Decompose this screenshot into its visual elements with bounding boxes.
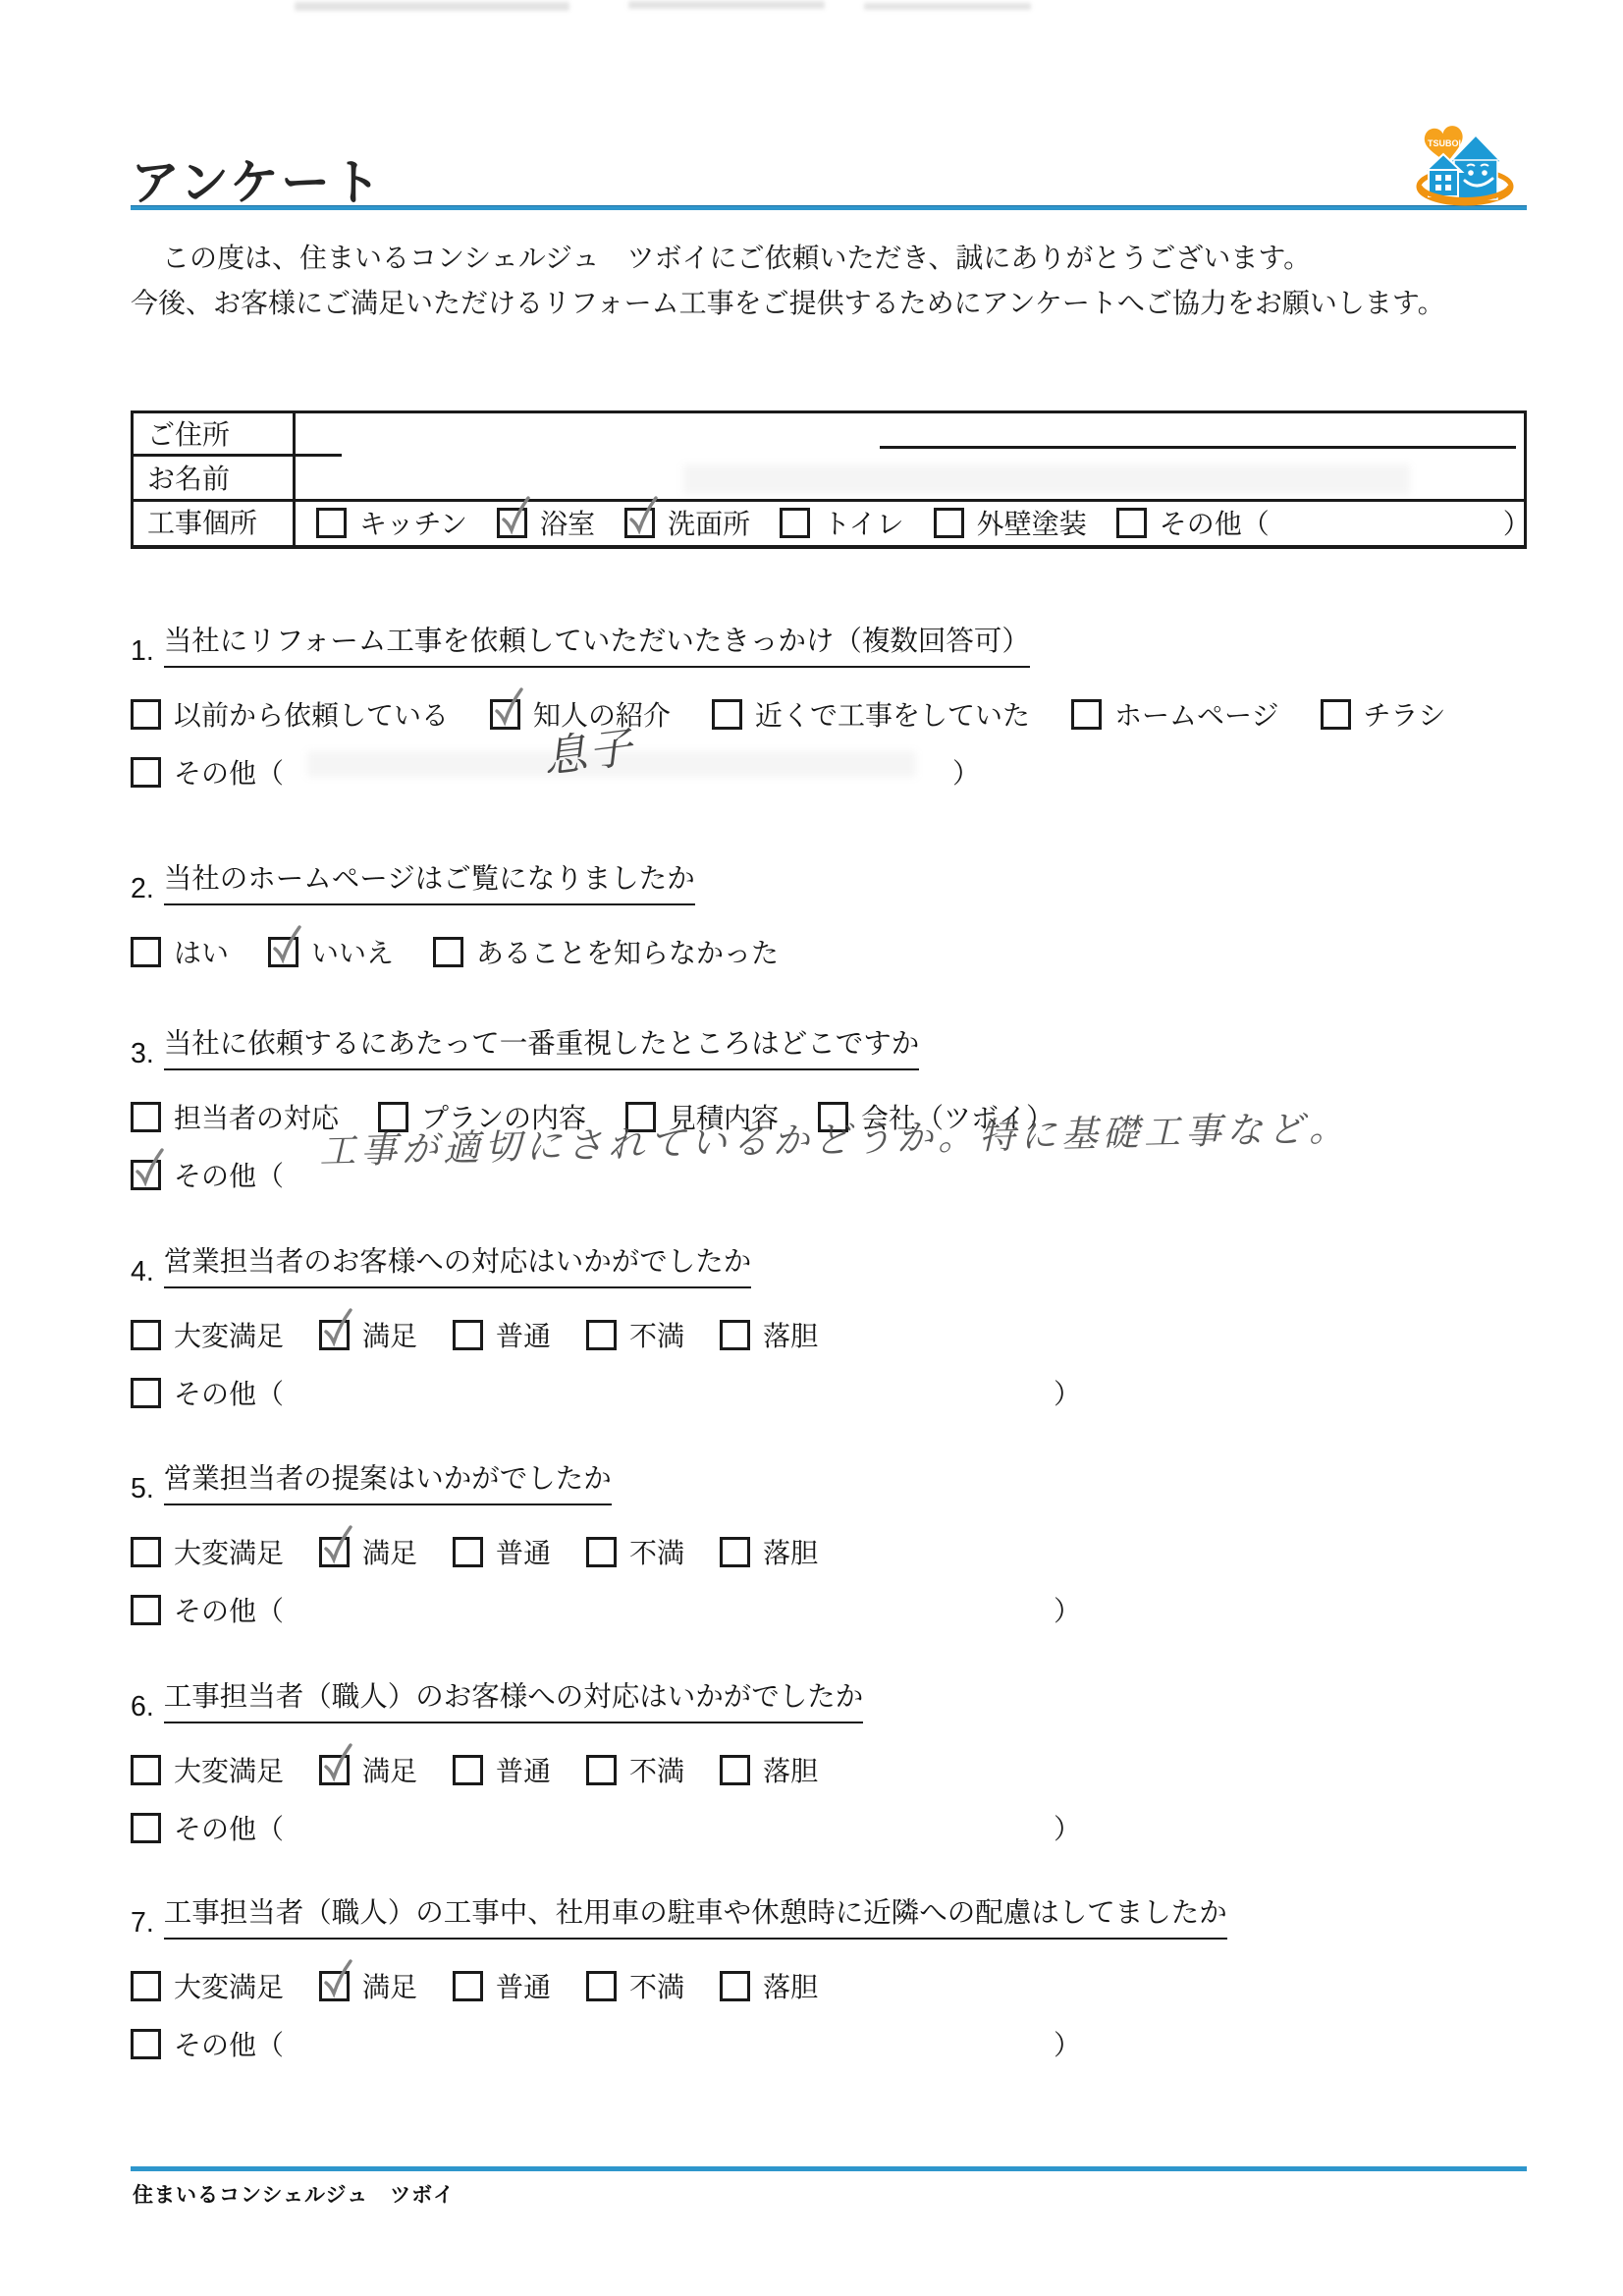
address-row-label: ご住所 <box>147 415 230 455</box>
checkbox-option[interactable]: いいえ <box>268 932 394 971</box>
question-number: 7. <box>131 1907 154 1940</box>
option-label: 大変満足 <box>174 1315 284 1354</box>
option-label: 近くで工事をしていた <box>755 694 1030 734</box>
worksite-row-label: 工事個所 <box>147 504 257 543</box>
question-6: 6. 工事担当者（職人）のお客様への対応はいかがでしたか 大変満足 満足 普通 … <box>131 1674 1544 1847</box>
check-mark-icon <box>499 493 531 538</box>
checkbox-option[interactable]: 落胆 <box>720 1966 818 2005</box>
checkbox[interactable] <box>131 1537 161 1567</box>
checkbox-option[interactable]: はい <box>131 932 229 971</box>
scan-smudge <box>295 2 569 11</box>
checkbox-option[interactable]: 不満 <box>586 1966 684 2005</box>
blank-space <box>297 1828 1041 1829</box>
checkbox[interactable] <box>453 1537 483 1567</box>
table-row-divider <box>880 446 1516 449</box>
option-label: チラシ <box>1364 694 1446 734</box>
question-3: 3. 当社に依頼するにあたって一番重視したところはどこですか 担当者の対応 プラ… <box>131 1021 1544 1194</box>
checkbox-option[interactable]: ホームページ <box>1071 694 1278 734</box>
checkbox-option[interactable]: チラシ <box>1321 694 1446 734</box>
option-label: 以前から依頼している <box>174 694 449 734</box>
footer-divider <box>131 2166 1527 2171</box>
checkbox-option[interactable]: 満足 <box>319 1532 417 1571</box>
checkbox[interactable] <box>712 699 742 730</box>
checkbox[interactable] <box>131 1102 161 1132</box>
checkbox-option[interactable]: 普通 <box>453 1750 551 1789</box>
option-label: 普通 <box>496 1750 551 1789</box>
checkbox-option-other[interactable]: その他（ <box>131 1155 284 1194</box>
option-label: 浴室 <box>540 503 595 542</box>
check-mark-icon <box>321 1522 353 1567</box>
survey-page: { "header": { "title": "アンケート", "intro1"… <box>0 0 1623 2296</box>
paren-close: ） <box>1054 1590 1081 1629</box>
intro-line-1: この度は、住まいるコンシェルジュ ツボイにご依頼いただき、誠にありがとうございま… <box>131 236 1544 281</box>
option-label: はい <box>174 932 229 971</box>
checkbox-option[interactable]: 大変満足 <box>131 1750 284 1789</box>
question-1: 1. 当社にリフォーム工事を依頼していただいたきっかけ（複数回答可） 以前から依… <box>131 619 1544 792</box>
checkbox[interactable] <box>319 1537 350 1567</box>
blank-space <box>297 1610 1041 1611</box>
checkbox-option-other[interactable]: その他（ ） <box>1116 503 1531 542</box>
question-2: 2. 当社のホームページはご覧になりましたか はい いいえ あることを知らなかっ… <box>131 856 1544 971</box>
option-label: 満足 <box>362 1966 417 2005</box>
option-label: 大変満足 <box>174 1750 284 1789</box>
checkbox[interactable] <box>268 937 298 967</box>
question-number: 2. <box>131 873 154 905</box>
option-label: 普通 <box>496 1315 551 1354</box>
check-mark-icon <box>492 684 524 730</box>
checkbox-option[interactable]: 落胆 <box>720 1532 818 1571</box>
checkbox[interactable] <box>490 699 520 730</box>
checkbox-option[interactable]: キッチン <box>316 503 467 542</box>
option-label: 満足 <box>362 1750 417 1789</box>
option-label: その他（ <box>174 1590 284 1629</box>
worksite-options-row: キッチン 浴室 洗面所 トイレ 外壁塗装 その他（ ） <box>316 502 1531 543</box>
question-title: 工事担当者（職人）の工事中、社用車の駐車や休憩時に近隣への配慮はしてましたか <box>164 1890 1227 1940</box>
checkbox-option-other[interactable]: その他（ ） <box>131 1808 1081 1847</box>
option-label: 満足 <box>362 1315 417 1354</box>
question-title: 工事担当者（職人）のお客様への対応はいかがでしたか <box>164 1674 864 1723</box>
table-column-divider <box>293 413 296 545</box>
other-row: その他（ ） <box>131 1590 1544 1629</box>
checkbox[interactable] <box>720 1537 750 1567</box>
option-label: 落胆 <box>763 1532 818 1571</box>
checkbox[interactable] <box>131 1378 161 1408</box>
customer-info-table: ご住所 お名前 工事個所 キッチン 浴室 洗面所 トイレ 外壁塗装 その他（ ） <box>131 410 1527 549</box>
options-row: 大変満足 満足 普通 不満 落胆 <box>131 1532 1544 1571</box>
checkbox[interactable] <box>433 937 463 967</box>
checkbox-option-other[interactable]: その他（ ） <box>131 2024 1081 2063</box>
checkbox[interactable] <box>319 1755 350 1785</box>
option-label: 不満 <box>629 1315 684 1354</box>
option-label: 大変満足 <box>174 1532 284 1571</box>
question-header: 7. 工事担当者（職人）の工事中、社用車の駐車や休憩時に近隣への配慮はしてました… <box>131 1890 1544 1940</box>
blank-space <box>1282 522 1490 523</box>
paren-close: ） <box>1503 503 1531 542</box>
checkbox[interactable] <box>586 1320 617 1350</box>
checkbox[interactable] <box>586 1755 617 1785</box>
question-header: 6. 工事担当者（職人）のお客様への対応はいかがでしたか <box>131 1674 1544 1723</box>
checkbox[interactable] <box>624 508 655 538</box>
checkbox[interactable] <box>720 1320 750 1350</box>
question-title: 営業担当者のお客様への対応はいかがでしたか <box>164 1239 752 1288</box>
options-row: 以前から依頼している 知人の紹介 近くで工事をしていた ホームページ チラシ <box>131 694 1544 734</box>
question-header: 2. 当社のホームページはご覧になりましたか <box>131 856 1544 905</box>
checkbox-option[interactable]: 不満 <box>586 1750 684 1789</box>
checkbox-option[interactable]: 不満 <box>586 1532 684 1571</box>
checkbox[interactable] <box>131 937 161 967</box>
other-row: その他（ ） <box>131 1373 1544 1412</box>
checkbox[interactable] <box>319 1971 350 2001</box>
option-label: その他（ <box>174 752 284 792</box>
checkbox[interactable] <box>131 699 161 730</box>
question-5: 5. 営業担当者の提案はいかがでしたか 大変満足 満足 普通 不満 落胆 その他… <box>131 1456 1544 1629</box>
checkbox[interactable] <box>453 1320 483 1350</box>
paren-close: ） <box>1054 1808 1081 1847</box>
option-label: トイレ <box>823 503 904 542</box>
checkbox[interactable] <box>319 1320 350 1350</box>
checkbox-option[interactable]: 担当者の対応 <box>131 1097 339 1136</box>
question-header: 4. 営業担当者のお客様への対応はいかがでしたか <box>131 1239 1544 1288</box>
paren-close: ） <box>952 752 980 792</box>
checkbox[interactable] <box>131 2029 161 2059</box>
paren-close: ） <box>1054 2024 1081 2063</box>
option-label: その他（ <box>174 2024 284 2063</box>
checkbox-option[interactable]: 普通 <box>453 1966 551 2005</box>
name-row-label: お名前 <box>147 460 230 499</box>
erased-text-smudge <box>307 751 916 777</box>
question-number: 4. <box>131 1256 154 1288</box>
check-mark-icon <box>321 1305 353 1350</box>
option-label: 落胆 <box>763 1750 818 1789</box>
check-mark-icon <box>270 922 302 967</box>
checkbox[interactable] <box>131 1971 161 2001</box>
option-label: 満足 <box>362 1532 417 1571</box>
footer-company-name: 住まいるコンシェルジュ ツボイ <box>133 2179 455 2209</box>
question-number: 1. <box>131 635 154 668</box>
checkbox[interactable] <box>316 508 347 538</box>
intro-line-2: 今後、お客様にご満足いただけるリフォーム工事をご提供するためにアンケートへご協力… <box>131 281 1544 326</box>
option-label: その他（ <box>174 1808 284 1847</box>
option-label: 大変満足 <box>174 1966 284 2005</box>
question-header: 3. 当社に依頼するにあたって一番重視したところはどこですか <box>131 1021 1544 1070</box>
checkbox-option[interactable]: 大変満足 <box>131 1966 284 2005</box>
checkbox-option[interactable]: 落胆 <box>720 1750 818 1789</box>
checkbox[interactable] <box>934 508 964 538</box>
checkbox-option[interactable]: 落胆 <box>720 1315 818 1354</box>
option-label: ホームページ <box>1114 694 1278 734</box>
checkbox-option[interactable]: 近くで工事をしていた <box>712 694 1030 734</box>
scan-smudge <box>864 3 1031 10</box>
checkbox[interactable] <box>586 1537 617 1567</box>
checkbox[interactable] <box>131 1813 161 1843</box>
other-row: その他（ ） <box>131 2024 1544 2063</box>
checkbox[interactable] <box>780 508 810 538</box>
option-label: 不満 <box>629 1750 684 1789</box>
checkbox-option[interactable]: 不満 <box>586 1315 684 1354</box>
option-label: キッチン <box>359 503 467 542</box>
checkbox-option[interactable]: 満足 <box>319 1315 417 1354</box>
option-label: 外壁塗装 <box>977 503 1087 542</box>
option-label: その他（ <box>1160 503 1270 542</box>
checkbox-option[interactable]: 以前から依頼している <box>131 694 449 734</box>
checkbox-option[interactable]: あることを知らなかった <box>433 932 779 971</box>
question-header: 1. 当社にリフォーム工事を依頼していただいたきっかけ（複数回答可） <box>131 619 1544 668</box>
checkbox[interactable] <box>720 1755 750 1785</box>
checkbox[interactable] <box>586 1971 617 2001</box>
page-title: アンケート <box>131 143 383 214</box>
checkbox-option[interactable]: 浴室 <box>497 503 595 542</box>
checkbox[interactable] <box>131 757 161 788</box>
tsuboi-logo: TSUBOI <box>1415 118 1515 212</box>
option-label: いいえ <box>311 932 394 971</box>
checkbox-option[interactable]: 満足 <box>319 1750 417 1789</box>
question-7: 7. 工事担当者（職人）の工事中、社用車の駐車や休憩時に近隣への配慮はしてました… <box>131 1890 1544 2063</box>
options-row: 大変満足 満足 普通 不満 落胆 <box>131 1966 1544 2005</box>
checkbox-option[interactable]: 普通 <box>453 1315 551 1354</box>
question-header: 5. 営業担当者の提案はいかがでしたか <box>131 1456 1544 1505</box>
logo-text: TSUBOI <box>1428 138 1461 148</box>
option-label: その他（ <box>174 1373 284 1412</box>
checkbox[interactable] <box>497 508 527 538</box>
checkbox[interactable] <box>1071 699 1102 730</box>
title-underline <box>131 205 1527 210</box>
checkbox-option-other[interactable]: その他（ ） <box>131 1590 1081 1629</box>
checkbox[interactable] <box>720 1971 750 2001</box>
checkbox[interactable] <box>1116 508 1147 538</box>
option-label: 普通 <box>496 1966 551 2005</box>
option-label: 不満 <box>629 1966 684 2005</box>
option-label: 不満 <box>629 1532 684 1571</box>
checkbox-option[interactable]: 外壁塗装 <box>934 503 1087 542</box>
checkbox[interactable] <box>453 1971 483 2001</box>
checkbox-option[interactable]: トイレ <box>780 503 904 542</box>
checkbox-option[interactable]: 大変満足 <box>131 1532 284 1571</box>
checkbox[interactable] <box>131 1595 161 1625</box>
question-title: 当社に依頼するにあたって一番重視したところはどこですか <box>164 1021 920 1070</box>
checkbox-option[interactable]: 普通 <box>453 1532 551 1571</box>
checkbox[interactable] <box>131 1755 161 1785</box>
question-number: 6. <box>131 1691 154 1723</box>
check-mark-icon <box>133 1145 165 1190</box>
check-mark-icon <box>321 1740 353 1785</box>
intro-paragraph: この度は、住まいるコンシェルジュ ツボイにご依頼いただき、誠にありがとうございま… <box>131 236 1544 326</box>
checkbox[interactable] <box>453 1755 483 1785</box>
question-number: 5. <box>131 1473 154 1505</box>
other-row: その他（ ） <box>131 1808 1544 1847</box>
checkbox-option-other[interactable]: その他（ ） <box>131 1373 1081 1412</box>
checkbox[interactable] <box>131 1320 161 1350</box>
check-mark-icon <box>321 1956 353 2001</box>
option-label: 落胆 <box>763 1315 818 1354</box>
checkbox[interactable] <box>1321 699 1351 730</box>
question-number: 3. <box>131 1038 154 1070</box>
checkbox-option[interactable]: 洗面所 <box>624 503 750 542</box>
option-label: 落胆 <box>763 1966 818 2005</box>
scan-smudge <box>628 1 825 9</box>
erased-text-smudge <box>683 465 1410 494</box>
question-title: 営業担当者の提案はいかがでしたか <box>164 1456 612 1505</box>
option-label: 担当者の対応 <box>174 1097 339 1136</box>
options-row: 大変満足 満足 普通 不満 落胆 <box>131 1750 1544 1789</box>
paren-close: ） <box>1054 1373 1081 1412</box>
options-row: 大変満足 満足 普通 不満 落胆 <box>131 1315 1544 1354</box>
question-4: 4. 営業担当者のお客様への対応はいかがでしたか 大変満足 満足 普通 不満 落… <box>131 1239 1544 1412</box>
checkbox[interactable] <box>131 1160 161 1190</box>
option-label: 洗面所 <box>668 503 750 542</box>
question-title: 当社にリフォーム工事を依頼していただいたきっかけ（複数回答可） <box>164 619 1030 668</box>
blank-space <box>297 1393 1041 1394</box>
option-label: あることを知らなかった <box>476 932 779 971</box>
options-row: はい いいえ あることを知らなかった <box>131 932 1544 971</box>
option-label: 普通 <box>496 1532 551 1571</box>
question-title: 当社のホームページはご覧になりましたか <box>164 856 695 905</box>
checkbox-option[interactable]: 満足 <box>319 1966 417 2005</box>
option-label: その他（ <box>174 1155 284 1194</box>
blank-space <box>297 2044 1041 2045</box>
checkbox-option[interactable]: 大変満足 <box>131 1315 284 1354</box>
check-mark-icon <box>626 493 659 538</box>
